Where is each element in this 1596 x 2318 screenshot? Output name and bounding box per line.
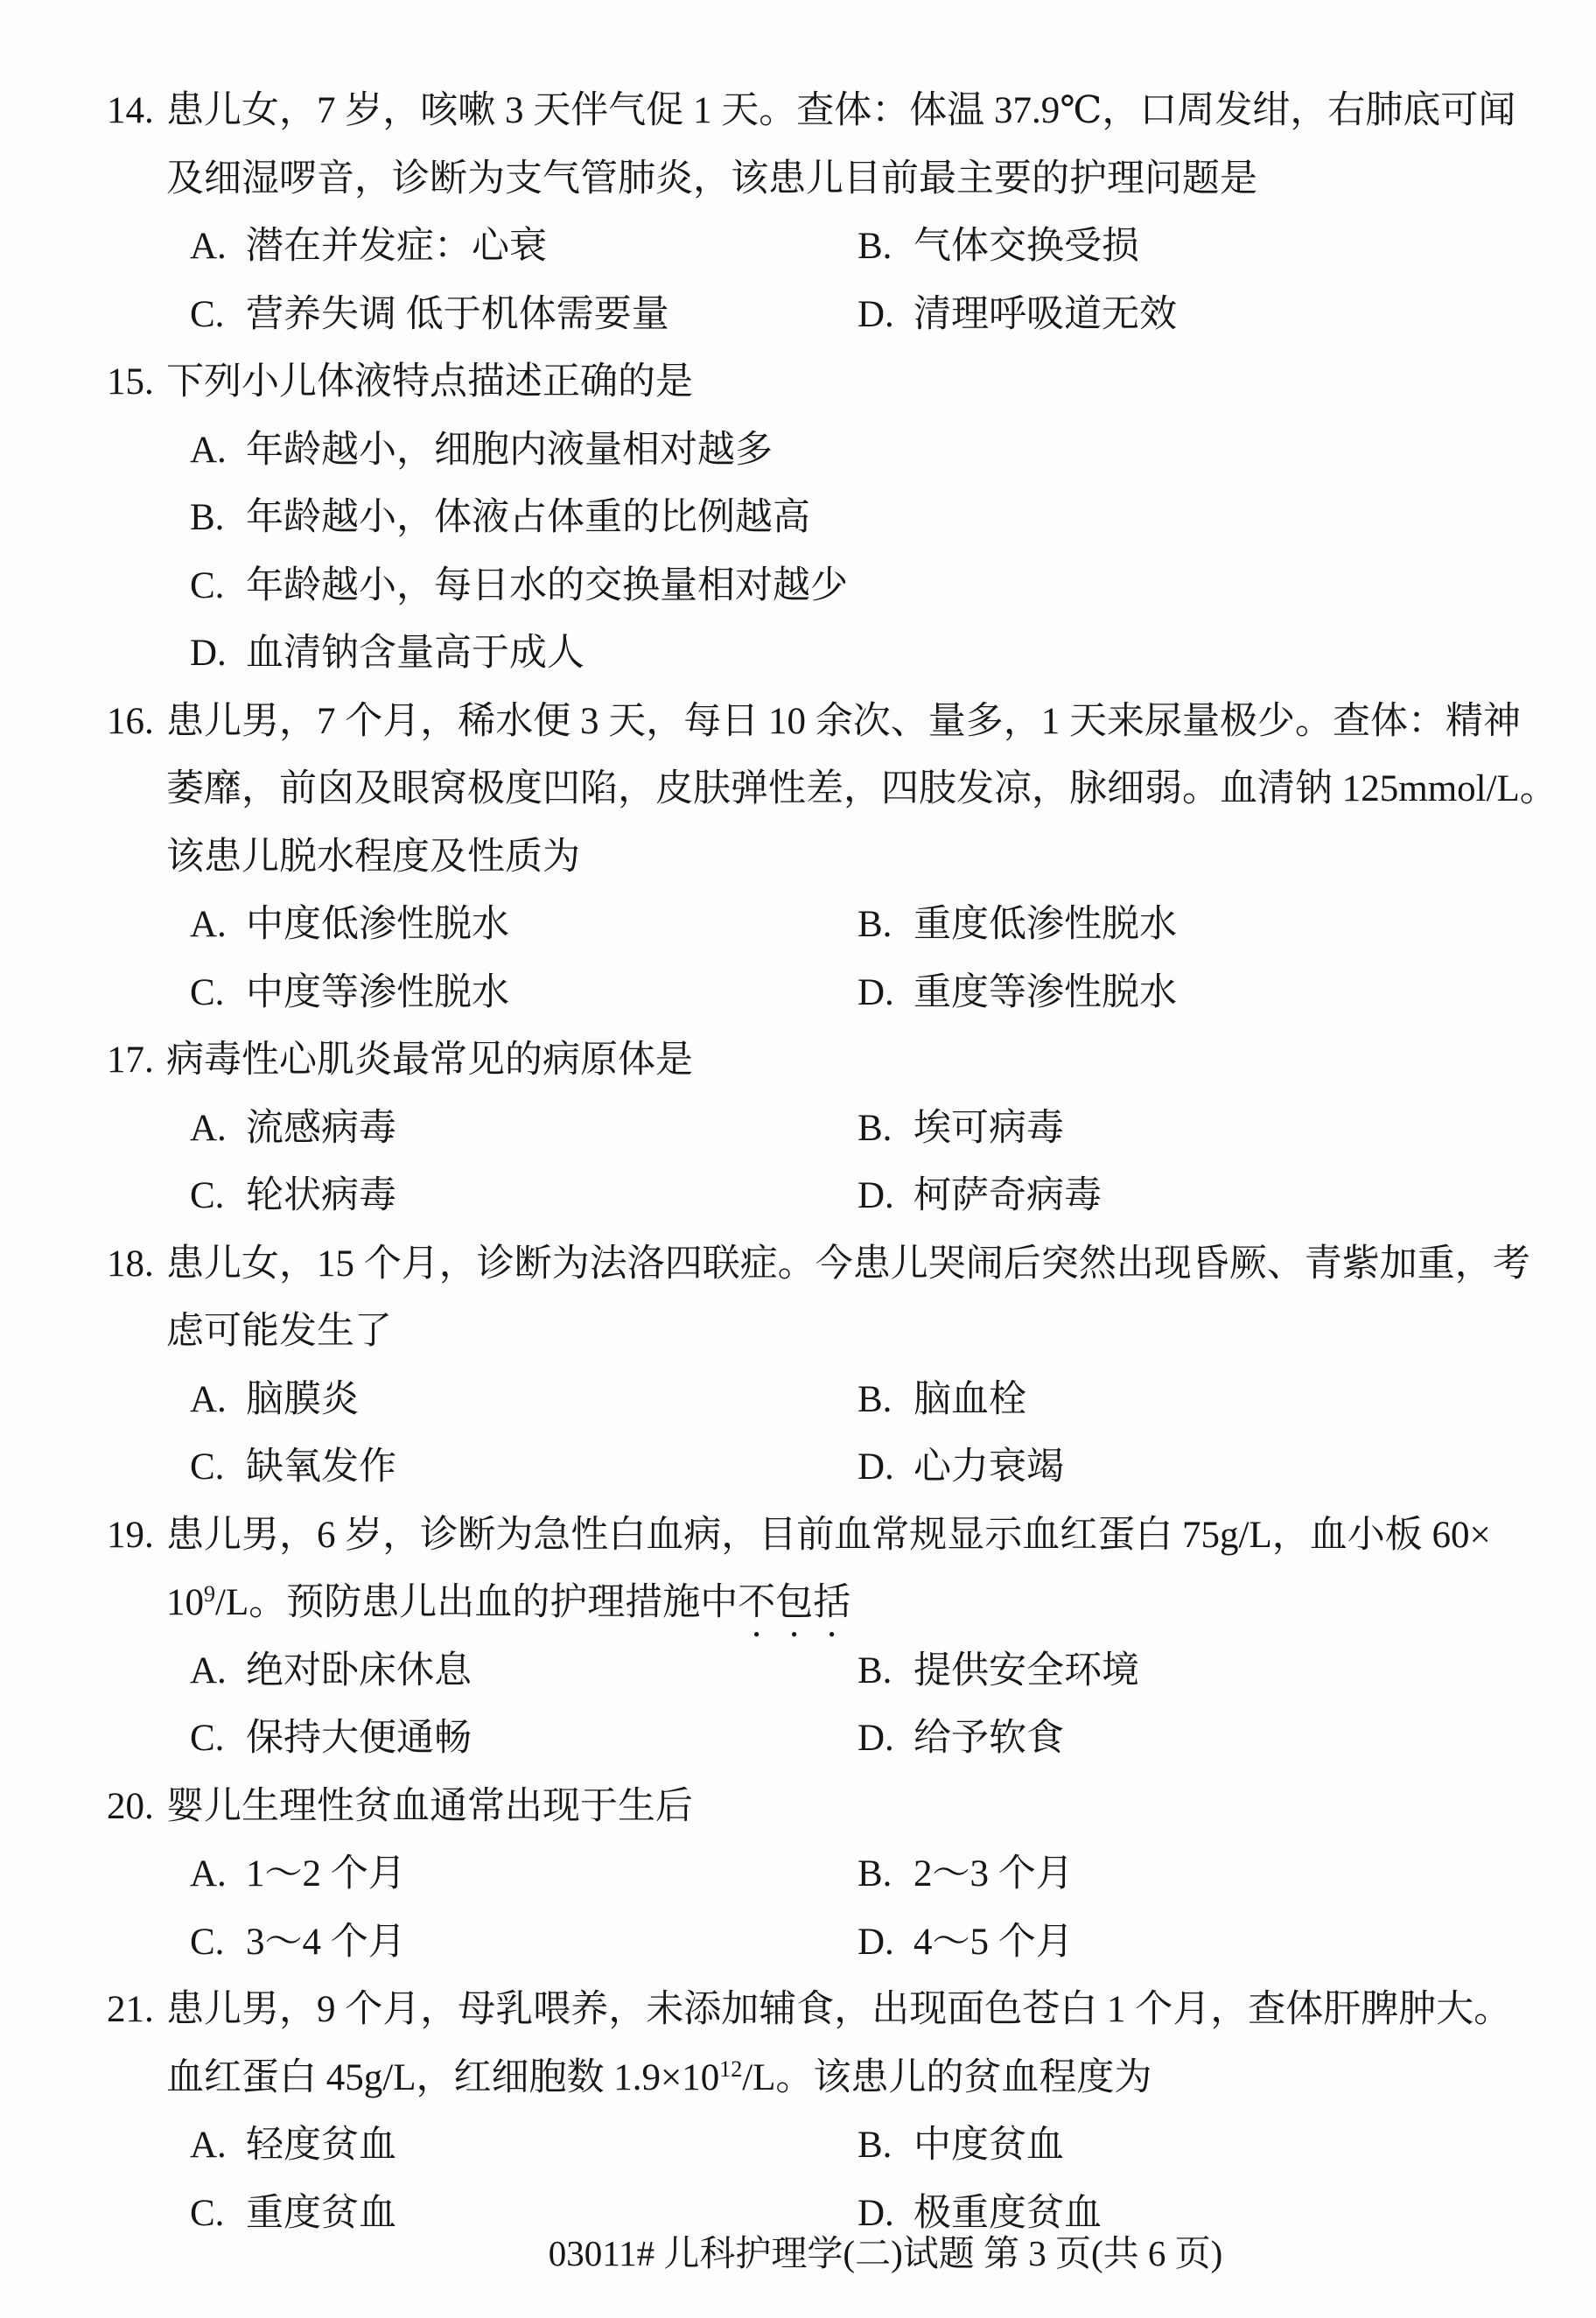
option-text: 中度低渗性脱水 [246, 904, 509, 945]
options-row: A.轻度贫血 B.中度贫血 [0, 2111, 1596, 2180]
option-key: C. [190, 1908, 246, 1977]
option-key: B. [190, 484, 246, 552]
question: 16.患儿男，7 个月，稀水便 3 天，每日 10 余次、量多，1 天来尿量极少… [0, 688, 1596, 1027]
options-row: C.轮状病毒 D.柯萨奇病毒 [0, 1162, 1596, 1230]
question-number: 20. [107, 1773, 166, 1841]
stem-text: 病毒性心肌炎最常见的病原体是 [166, 1040, 693, 1081]
option-key: C. [190, 1705, 246, 1773]
option-text: 年龄越小，体液占体重的比例越高 [246, 497, 810, 538]
option-text: 年龄越小，每日水的交换量相对越少 [246, 565, 848, 606]
question-stem-line: 萎靡，前囟及眼窝极度凹陷，皮肤弹性差，四肢发凉，脉细弱。血清钠 125mmol/… [0, 755, 1596, 823]
question: 17.病毒性心肌炎最常见的病原体是 A.流感病毒 B.埃可病毒 C.轮状病毒 D… [0, 1026, 1596, 1230]
option-key: D. [857, 1705, 913, 1773]
option: B.2～3 个月 [857, 1840, 1074, 1908]
option-text: 轻度贫血 [246, 2125, 396, 2166]
question-stem-line: 18.患儿女，15 个月，诊断为法洛四联症。今患儿哭闹后突然出现昏厥、青紫加重，… [0, 1230, 1596, 1299]
option-key: D. [857, 1433, 913, 1502]
option-text: 潜在并发症：心衰 [246, 226, 547, 267]
question-number: 17. [107, 1026, 166, 1095]
option-key: A. [190, 891, 246, 959]
option: D.血清钠含量高于成人 [0, 620, 1596, 688]
options-row: A.1～2 个月 B.2～3 个月 [0, 1840, 1596, 1908]
option: C.中度等渗性脱水 [190, 959, 509, 1027]
question-list: 14.患儿女，7 岁，咳嗽 3 天伴气促 1 天。查体：体温 37.9℃，口周发… [0, 0, 1596, 2247]
option: D.重度等渗性脱水 [857, 959, 1177, 1027]
option-key: B. [857, 2111, 913, 2180]
option-text: 提供安全环境 [913, 1650, 1139, 1691]
options-row: C.中度等渗性脱水 D.重度等渗性脱水 [0, 959, 1596, 1027]
question-stem-line: 虑可能发生了 [0, 1298, 1596, 1366]
exam-page: 14.患儿女，7 岁，咳嗽 3 天伴气促 1 天。查体：体温 37.9℃，口周发… [0, 0, 1596, 2318]
option: D.给予软食 [857, 1705, 1064, 1773]
question-stem-line: 该患儿脱水程度及性质为 [0, 823, 1596, 892]
option-text: 缺氧发作 [246, 1446, 396, 1488]
question-number: 14. [107, 77, 166, 145]
option: B.中度贫血 [857, 2111, 1064, 2180]
option-text: 营养失调 低于机体需要量 [246, 294, 669, 335]
option-text: 清理呼吸道无效 [913, 294, 1177, 335]
question-stem-line: 20.婴儿生理性贫血通常出现于生后 [0, 1773, 1596, 1841]
options-row: C.缺氧发作 D.心力衰竭 [0, 1433, 1596, 1502]
option-text: 血清钠含量高于成人 [246, 633, 584, 674]
option: A.绝对卧床休息 [190, 1637, 472, 1705]
option-text: 保持大便通畅 [246, 1718, 472, 1759]
option-key: B. [857, 1637, 913, 1705]
option-key: A. [190, 2111, 246, 2180]
option: C.保持大便通畅 [190, 1705, 472, 1773]
page-footer: 03011# 儿科护理学(二)试题 第 3 页(共 6 页) [175, 2227, 1596, 2279]
option-key: B. [857, 1840, 913, 1908]
option-text: 心力衰竭 [913, 1446, 1064, 1488]
option: A.脑膜炎 [190, 1366, 359, 1434]
question-number: 21. [107, 1976, 166, 2044]
emphasized-text: 不包括 [738, 1582, 850, 1623]
option-text: 重度低渗性脱水 [913, 904, 1177, 945]
option: B.脑血栓 [857, 1366, 1026, 1434]
stem-text: 婴儿生理性贫血通常出现于生后 [166, 1786, 693, 1827]
option: A.中度低渗性脱水 [190, 891, 509, 959]
option: B.气体交换受损 [857, 213, 1139, 281]
question: 15.下列小儿体液特点描述正确的是 A.年龄越小，细胞内液量相对越多 B.年龄越… [0, 348, 1596, 688]
option-key: C. [190, 1162, 246, 1230]
option-key: B. [857, 891, 913, 959]
stem-text: 患儿男，7 个月，稀水便 3 天，每日 10 余次、量多，1 天来尿量极少。查体… [166, 701, 1521, 742]
option-text: 给予软食 [913, 1718, 1064, 1759]
option-key: B. [857, 213, 913, 281]
superscript: 12 [719, 2056, 742, 2082]
options-row: A.绝对卧床休息 B.提供安全环境 [0, 1637, 1596, 1705]
option-key: A. [190, 1840, 246, 1908]
option-text: 脑血栓 [913, 1379, 1026, 1420]
question-stem-line: 21.患儿男，9 个月，母乳喂养，未添加辅食，出现面色苍白 1 个月，查体肝脾肿… [0, 1976, 1596, 2044]
option-key: A. [190, 1366, 246, 1434]
question-stem-line: 16.患儿男，7 个月，稀水便 3 天，每日 10 余次、量多，1 天来尿量极少… [0, 688, 1596, 756]
option: D.心力衰竭 [857, 1433, 1064, 1502]
option-key: C. [190, 552, 246, 620]
option: D.柯萨奇病毒 [857, 1162, 1102, 1230]
option: B.重度低渗性脱水 [857, 891, 1177, 959]
question-stem-line: 15.下列小儿体液特点描述正确的是 [0, 348, 1596, 417]
option-key: D. [857, 1162, 913, 1230]
stem-text: 10 [166, 1582, 204, 1623]
question-stem-line: 血红蛋白 45g/L，红细胞数 1.9×1012/L。该患儿的贫血程度为 [0, 2044, 1596, 2112]
option-key: B. [857, 1095, 913, 1163]
options-row: A.中度低渗性脱水 B.重度低渗性脱水 [0, 891, 1596, 959]
option-text: 轮状病毒 [246, 1175, 396, 1216]
question: 21.患儿男，9 个月，母乳喂养，未添加辅食，出现面色苍白 1 个月，查体肝脾肿… [0, 1976, 1596, 2247]
stem-text: 患儿男，9 个月，母乳喂养，未添加辅食，出现面色苍白 1 个月，查体肝脾肿大。 [166, 1989, 1511, 2030]
option: C.年龄越小，每日水的交换量相对越少 [0, 552, 1596, 620]
option: B.提供安全环境 [857, 1637, 1139, 1705]
stem-text: 下列小儿体液特点描述正确的是 [166, 361, 693, 403]
option: B.埃可病毒 [857, 1095, 1064, 1163]
option: A.1～2 个月 [190, 1840, 406, 1908]
options-row: A.脑膜炎 B.脑血栓 [0, 1366, 1596, 1434]
stem-text: /L。预防患儿出血的护理措施中 [215, 1582, 738, 1623]
question-stem-line: 17.病毒性心肌炎最常见的病原体是 [0, 1026, 1596, 1095]
option-text: 气体交换受损 [913, 226, 1139, 267]
option-text: 中度等渗性脱水 [246, 972, 509, 1013]
stem-text: 患儿女，15 个月，诊断为法洛四联症。今患儿哭闹后突然出现昏厥、青紫加重，考 [166, 1243, 1530, 1285]
option-key: D. [857, 959, 913, 1027]
option-text: 埃可病毒 [913, 1108, 1064, 1149]
stem-text: 血红蛋白 45g/L，红细胞数 1.9×10 [166, 2057, 719, 2098]
option: C.轮状病毒 [190, 1162, 396, 1230]
option-text: 绝对卧床休息 [246, 1650, 472, 1691]
question-number: 16. [107, 688, 166, 756]
option-key: A. [190, 417, 246, 485]
stem-text: 患儿女，7 岁，咳嗽 3 天伴气促 1 天。查体：体温 37.9℃，口周发绀，右… [166, 90, 1515, 131]
question: 18.患儿女，15 个月，诊断为法洛四联症。今患儿哭闹后突然出现昏厥、青紫加重，… [0, 1230, 1596, 1502]
option: C.缺氧发作 [190, 1433, 396, 1502]
options-row: C.营养失调 低于机体需要量 D.清理呼吸道无效 [0, 281, 1596, 349]
option: B.年龄越小，体液占体重的比例越高 [0, 484, 1596, 552]
stem-text: /L。该患儿的贫血程度为 [742, 2057, 1151, 2098]
option: D.清理呼吸道无效 [857, 281, 1177, 349]
option-text: 柯萨奇病毒 [913, 1175, 1102, 1216]
question-number: 18. [107, 1230, 166, 1299]
option-text: 流感病毒 [246, 1108, 396, 1149]
option-key: C. [190, 959, 246, 1027]
question-stem-line: 及细湿啰音，诊断为支气管肺炎，该患儿目前最主要的护理问题是 [0, 145, 1596, 214]
options-row: A.潜在并发症：心衰 B.气体交换受损 [0, 213, 1596, 281]
options-row: A.流感病毒 B.埃可病毒 [0, 1095, 1596, 1163]
option-key: C. [190, 1433, 246, 1502]
option-text: 3～4 个月 [246, 1922, 406, 1963]
option-text: 1～2 个月 [246, 1853, 406, 1894]
option: C.3～4 个月 [190, 1908, 406, 1977]
question-number: 19. [107, 1502, 166, 1570]
question: 19.患儿男，6 岁，诊断为急性白血病，目前血常规显示血红蛋白 75g/L，血小… [0, 1502, 1596, 1773]
option-text: 年龄越小，细胞内液量相对越多 [246, 430, 773, 471]
option: A.流感病毒 [190, 1095, 396, 1163]
question-stem-line: 109/L。预防患儿出血的护理措施中不包括 [0, 1569, 1596, 1637]
option-text: 4～5 个月 [913, 1922, 1074, 1963]
option: D.4～5 个月 [857, 1908, 1074, 1977]
options-row: C.保持大便通畅 D.给予软食 [0, 1705, 1596, 1773]
option-text: 中度贫血 [913, 2125, 1064, 2166]
options-row: C.3～4 个月 D.4～5 个月 [0, 1908, 1596, 1977]
option-key: D. [857, 281, 913, 349]
option-key: A. [190, 1637, 246, 1705]
option-text: 2～3 个月 [913, 1853, 1074, 1894]
option-key: A. [190, 213, 246, 281]
option-key: D. [190, 620, 246, 688]
question-number: 15. [107, 348, 166, 417]
option: A.年龄越小，细胞内液量相对越多 [0, 417, 1596, 485]
option: A.潜在并发症：心衰 [190, 213, 547, 281]
option-key: C. [190, 281, 246, 349]
question-stem-line: 14.患儿女，7 岁，咳嗽 3 天伴气促 1 天。查体：体温 37.9℃，口周发… [0, 77, 1596, 145]
question-stem-line: 19.患儿男，6 岁，诊断为急性白血病，目前血常规显示血红蛋白 75g/L，血小… [0, 1502, 1596, 1570]
option-text: 重度等渗性脱水 [913, 972, 1177, 1013]
option: C.营养失调 低于机体需要量 [190, 281, 669, 349]
option-key: A. [190, 1095, 246, 1163]
question: 14.患儿女，7 岁，咳嗽 3 天伴气促 1 天。查体：体温 37.9℃，口周发… [0, 77, 1596, 348]
option: A.轻度贫血 [190, 2111, 396, 2180]
stem-text: 患儿男，6 岁，诊断为急性白血病，目前血常规显示血红蛋白 75g/L，血小板 6… [166, 1515, 1491, 1556]
question: 20.婴儿生理性贫血通常出现于生后 A.1～2 个月 B.2～3 个月 C.3～… [0, 1773, 1596, 1977]
option-text: 脑膜炎 [246, 1379, 359, 1420]
superscript: 9 [204, 1581, 215, 1607]
option-key: D. [857, 1908, 913, 1977]
option-key: B. [857, 1366, 913, 1434]
